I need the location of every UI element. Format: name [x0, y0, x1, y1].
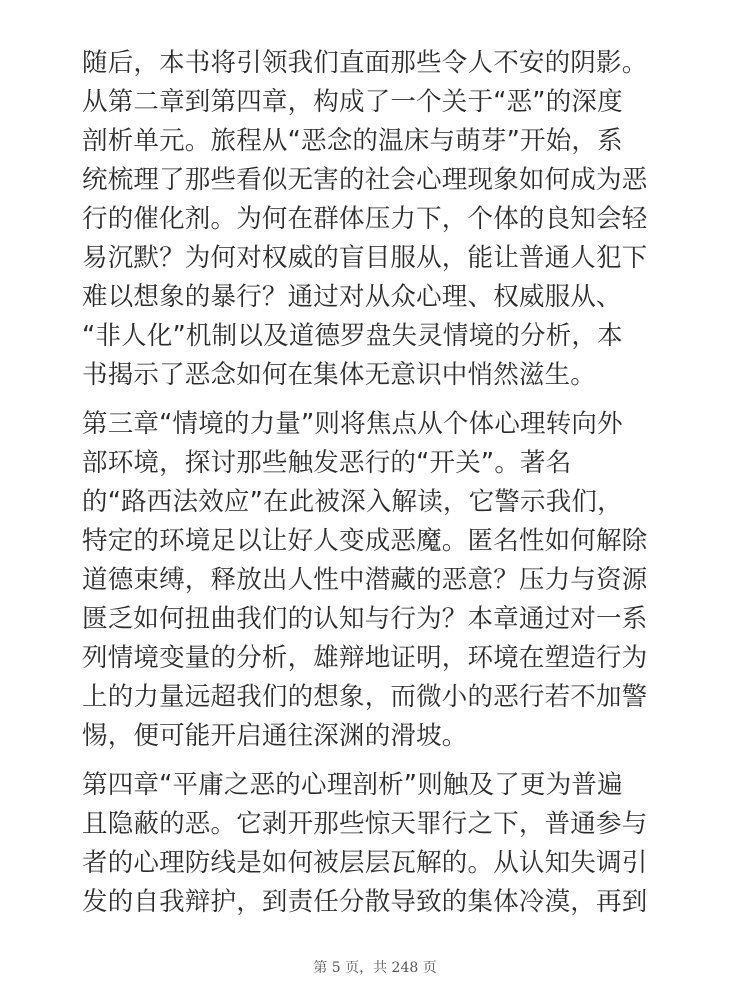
text-line: 书揭示了恶念如何在集体无意识中悄然滋生。 [82, 356, 702, 395]
text-line: 第三章“情境的力量”则将焦点从个体心理转向外 [82, 405, 702, 444]
text-line: 行的催化剂。为何在群体压力下，个体的良知会轻 [82, 200, 702, 239]
text-line: 随后，本书将引领我们直面那些令人不安的阴影。 [82, 44, 702, 83]
text-line: 惕，便可能开启通往深渊的滑坡。 [82, 717, 702, 756]
text-line: 上的力量远超我们的想象，而微小的恶行若不加警 [82, 678, 702, 717]
text-line: 剖析单元。旅程从“恶念的温床与萌芽”开始，系 [82, 122, 702, 161]
text-line: 统梳理了那些看似无害的社会心理现象如何成为恶 [82, 161, 702, 200]
text-line: 匮乏如何扭曲我们的认知与行为？本章通过对一系 [82, 600, 702, 639]
text-line: 道德束缚，释放出人性中潜藏的恶意？压力与资源 [82, 561, 702, 600]
text-line: 特定的环境足以让好人变成恶魔。匿名性如何解除 [82, 522, 702, 561]
page-indicator: 第 5 页，共 248 页 [0, 957, 750, 977]
paragraph-chapter-three: 第三章“情境的力量”则将焦点从个体心理转向外 部环境，探讨那些触发恶行的“开关”… [82, 405, 702, 756]
text-line: 者的心理防线是如何被层层瓦解的。从认知失调引 [82, 844, 702, 883]
text-line: 难以想象的暴行？通过对从众心理、权威服从、 [82, 278, 702, 317]
document-page: 随后，本书将引领我们直面那些令人不安的阴影。 从第二章到第四章，构成了一个关于“… [82, 44, 702, 932]
text-line: 且隐蔽的恶。它剥开那些惊天罪行之下，普通参与 [82, 805, 702, 844]
text-line: 从第二章到第四章，构成了一个关于“恶”的深度 [82, 83, 702, 122]
text-line: 的“路西法效应”在此被深入解读，它警示我们， [82, 483, 702, 522]
paragraph-chapters-overview: 随后，本书将引领我们直面那些令人不安的阴影。 从第二章到第四章，构成了一个关于“… [82, 44, 702, 395]
text-line: 部环境，探讨那些触发恶行的“开关”。著名 [82, 444, 702, 483]
text-line: 列情境变量的分析，雄辩地证明，环境在塑造行为 [82, 639, 702, 678]
text-line: 发的自我辩护，到责任分散导致的集体冷漠，再到 [82, 883, 702, 922]
text-line: “非人化”机制以及道德罗盘失灵情境的分析，本 [82, 317, 702, 356]
text-line: 第四章“平庸之恶的心理剖析”则触及了更为普遍 [82, 766, 702, 805]
text-line: 易沉默？为何对权威的盲目服从，能让普通人犯下 [82, 239, 702, 278]
paragraph-chapter-four: 第四章“平庸之恶的心理剖析”则触及了更为普遍 且隐蔽的恶。它剥开那些惊天罪行之下… [82, 766, 702, 922]
